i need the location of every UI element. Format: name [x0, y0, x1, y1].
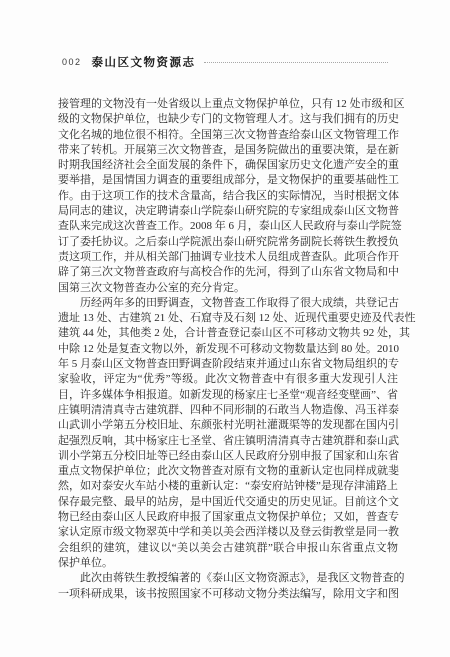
text-line: 订了委托协议。之后泰山学院派出泰山研究院常务副院长蒋铁生教授负	[58, 235, 398, 250]
text-line: 保护单位。	[58, 556, 398, 571]
book-page: 002 泰山区文物资源志 接管理的文物没有一处省级以上重点文物保护单位，只有 1…	[0, 0, 450, 657]
text-line: 带来了转机。开展第三次文物普查，是国务院做出的重要决策，是在新	[58, 143, 398, 158]
text-line: 要举措，是国情国力调查的重要组成部分，是文物保护的重要基础性工	[58, 173, 398, 188]
header-dotted-rule	[204, 62, 388, 63]
text-line: 责这项工作，并从相关部门抽调专业技术人员组成普查队。此项合作开	[58, 250, 398, 265]
text-line: 辟了第三次文物普查政府与高校合作的先河，得到了山东省文物局和中	[58, 265, 398, 280]
body-text: 接管理的文物没有一处省级以上重点文物保护单位，只有 12 处市级和区 级的文物保…	[58, 97, 398, 602]
text-line: 山武训小学第五分校旧址、东颜张村光明社灌溉渠等的发现都在国内引	[58, 418, 398, 433]
text-line: 历经两年多的田野调查，文物普查工作取得了很大成绩，共登记古	[58, 296, 398, 311]
text-line: 建筑 44 处，其他类 2 处，合计普查登记泰山区不可移动文物共 92 处，其	[58, 326, 398, 341]
text-line: 国第三次文物普查办公室的充分肯定。	[58, 281, 398, 296]
text-line: 年 5 月泰山区文物普查田野调查阶段结束并通过山东省文物局组织的专	[58, 357, 398, 372]
text-line: 文化名城的地位很不相符。全国第三次文物普查给泰山区文物管理工作	[58, 128, 398, 143]
text-line: 此次由蒋铁生教授编著的《泰山区文物资源志》，是我区文物普查的	[58, 571, 398, 586]
text-line: 会组织的建筑，建议以“美以美会古建筑群”联合申报山东省重点文物	[58, 541, 398, 556]
text-line: 中除 12 处是复查文物以外，新发现不可移动文物数量达到 80 处。2010	[58, 342, 398, 357]
text-line: 保存最完整、最早的站房，是中国近代交通史的历史见证。目前这个文	[58, 495, 398, 510]
text-line: 局同志的建议，决定聘请泰山学院泰山研究院的专家组成泰山区文物普	[58, 204, 398, 219]
text-line: 查队来完成这次普查工作。2008 年 6 月，泰山区人民政府与泰山学院签	[58, 219, 398, 234]
text-line: 起强烈反响，其中杨家庄七圣堂、省庄镇明清清真寺古建筑群和泰山武	[58, 434, 398, 449]
text-line: 一项科研成果，该书按照国家不可移动文物分类法编写，除用文字和图	[58, 587, 398, 602]
text-line: 接管理的文物没有一处省级以上重点文物保护单位，只有 12 处市级和区	[58, 97, 398, 112]
text-line: 物已经由泰山区人民政府申报了国家重点文物保护单位；又如，普查专	[58, 510, 398, 525]
text-line: 家验收，评定为“优秀”等级。此次文物普查中有很多重大发现引人注	[58, 372, 398, 387]
text-line: 级的文物保护单位，也缺少专门的文物管理人才。这与我们拥有的历史	[58, 112, 398, 127]
text-line: 作。由于这项工作的技术含量高，结合我区的实际情况，当时根据文体	[58, 189, 398, 204]
text-line: 重点文物保护单位；此次文物普查对原有文物的重新认定也同样成就斐	[58, 464, 398, 479]
text-line: 遗址 13 处、古建筑 21 处、石窟寺及石刻 12 处、近现代重要史迹及代表性	[58, 311, 398, 326]
text-line: 训小学第五分校旧址等已经由泰山区人民政府分别申报了国家和山东省	[58, 449, 398, 464]
text-line: 然，如对泰安火车站小楼的重新认定：“泰安府站钟楼”是现存津浦路上	[58, 479, 398, 494]
text-line: 时期我国经济社会全面发展的条件下，确保国家历史文化遗产安全的重	[58, 158, 398, 173]
page-header: 002 泰山区文物资源志	[62, 54, 388, 70]
text-line: 家认定原市级文物翠英中学和美以美会西洋楼以及登云街教堂是同一教	[58, 525, 398, 540]
text-line: 庄镇明清清真寺古建筑群、四种不同形制的石敢当人物造像、冯玉祥泰	[58, 403, 398, 418]
page-number: 002	[62, 57, 82, 67]
book-title: 泰山区文物资源志	[92, 54, 196, 70]
text-line: 目，许多媒体争相报道。如新发现的杨家庄七圣堂“观音经变壁画”、省	[58, 388, 398, 403]
